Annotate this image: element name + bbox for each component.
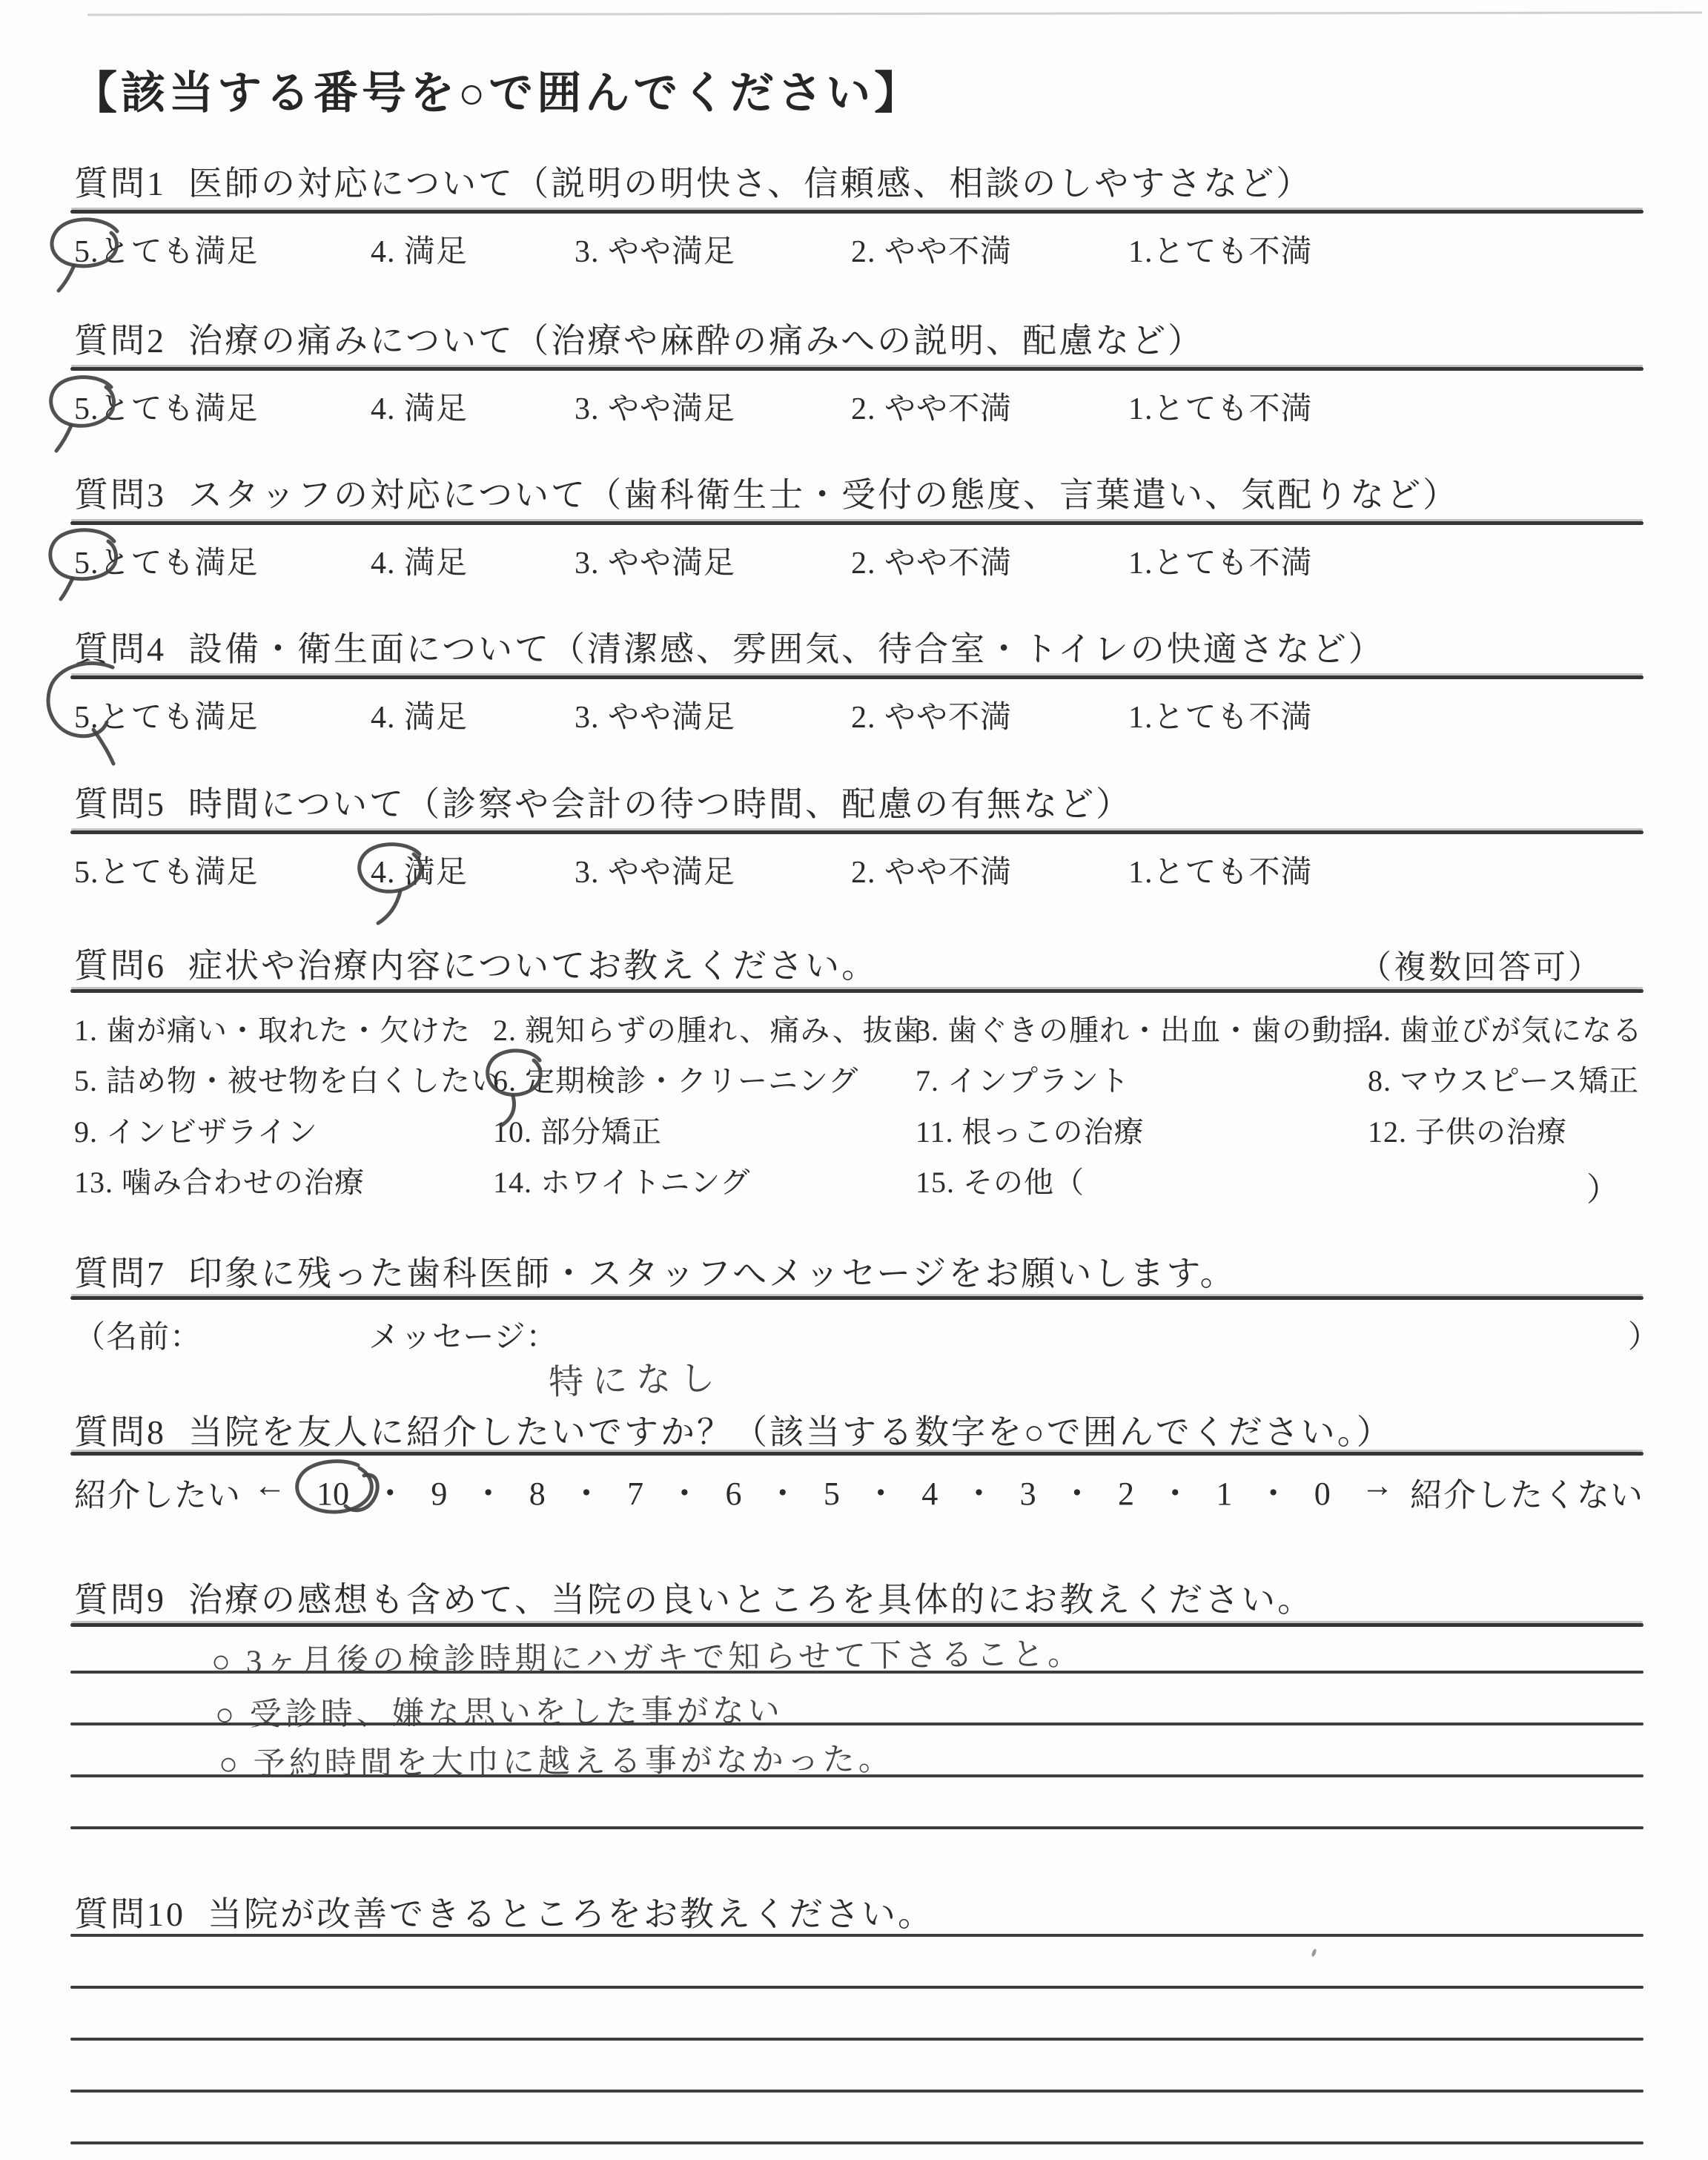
q8-number-8: 8 [529,1475,546,1513]
q4-option-2: 2. やや不満 [851,693,1012,737]
question-10-header: 質問10当院が改善できるところをお教えください。 [74,1887,934,1936]
q2-option-2: 2. やや不満 [851,384,1012,429]
q2-option-4: 4. 満足 [371,384,468,429]
question-1-text: 医師の対応について（説明の明快さ、信頼感、相談のしやすさなど） [188,165,1312,202]
q8-dot-icon: ・ [767,1467,799,1514]
q3-option-2: 2. やや不満 [851,538,1012,583]
question-5-underline [70,830,1644,834]
question-8-text: 当院を友人に紹介したいですか？（該当する数字を○で囲んでください。） [188,1413,1393,1451]
question-7-label: 質問7 [74,1255,166,1292]
q5-option-2: 2. やや不満 [851,848,1012,892]
q10-answer-line-5 [70,2141,1644,2144]
question-1-underline [70,210,1644,214]
q8-dot-icon: ・ [374,1467,406,1514]
q1-option-4: 4. 満足 [371,227,468,271]
q8-number-6: 6 [726,1475,742,1513]
q8-right-arrow-icon: → [1361,1467,1394,1505]
question-7-text: 印象に残った歯科医師・スタッフへメッセージをお願いします。 [188,1255,1237,1292]
q8-number-9: 9 [431,1475,447,1513]
q2-option-3: 3. やや満足 [575,384,735,429]
question-1-header: 質問1医師の対応について（説明の明快さ、信頼感、相談のしやすさなど） [74,156,1312,205]
q2-option-1: 1.とても不満 [1128,384,1313,429]
q5-option-4: 4. 満足 [371,848,468,892]
q8-number-1: 1 [1216,1475,1232,1513]
q8-number-3: 3 [1020,1475,1036,1513]
q2-circle-tail [56,426,71,451]
q6-multi-answer-note: （複数回答可） [1359,940,1603,988]
q5-option-3: 3. やや満足 [575,848,735,892]
question-10-label: 質問10 [74,1895,185,1933]
q8-dot-icon: ・ [472,1467,505,1514]
q10-answer-line-3 [70,2038,1644,2041]
q5-option-1: 1.とても不満 [1128,848,1313,892]
q8-dot-icon: ・ [1159,1467,1191,1514]
question-6-underline [70,989,1644,993]
q8-number-10: 10 [317,1475,349,1513]
q3-option-5: 5.とても満足 [74,538,259,583]
q3-option-4: 4. 満足 [371,538,468,583]
q9-answer-line-4 [70,1826,1644,1829]
question-3-header: 質問3スタッフの対応について（歯科衛生士・受付の態度、言葉遣い、気配りなど） [74,468,1459,517]
question-2-underline [70,367,1644,371]
q8-dot-icon: ・ [668,1467,701,1514]
q8-left-label: 紹介したい [74,1468,241,1516]
question-6-label: 質問6 [74,947,166,985]
question-3-label: 質問3 [74,476,166,514]
q6-option-14: 14. ホワイトニング [493,1159,750,1201]
q8-dot-icon: ・ [1061,1467,1093,1514]
question-2-header: 質問2治療の痛みについて（治療や麻酔の痛みへの説明、配慮など） [74,314,1204,363]
q1-circle-tail [59,265,74,291]
q1-option-3: 3. やや満足 [575,227,735,271]
q6-option-9: 9. インビザライン [74,1109,318,1151]
q3-circle-tail [61,578,73,599]
question-4-underline [70,676,1644,679]
q8-right-label: 紹介したくない [1410,1468,1644,1516]
question-7-header: 質問7印象に残った歯科医師・スタッフへメッセージをお願いします。 [74,1246,1237,1295]
survey-scan-page: 【該当する番号を○で囲んでください】 質問1医師の対応について（説明の明快さ、信… [0,0,1708,2160]
question-9-underline [70,1623,1644,1627]
q9-handwritten-line-1: ○ 3ヶ月後の検診時期にハガキで知らせて下さること。 [211,1629,1083,1682]
q8-number-scale: 10 ・ 9 ・ 8 ・ 7 ・ 6 ・ 5 ・ 4 ・ 3 ・ 2 ・ 1 ・… [317,1467,1331,1514]
scan-artifact-line [87,11,1702,16]
q2-option-5: 5.とても満足 [74,384,259,429]
q10-answer-line-4 [70,2090,1644,2093]
question-3-underline [70,521,1644,525]
q9-handwritten-line-2: ○ 受診時、嫌な思いをした事がない [215,1685,784,1734]
q7-handwritten-message: 特になし [548,1350,724,1404]
question-6-text: 症状や治療内容についてお教えください。 [188,947,878,985]
question-8-underline [70,1452,1644,1456]
question-4-label: 質問4 [74,630,166,668]
q6-option-10: 10. 部分矯正 [493,1109,662,1151]
q6-option-8: 8. マウスピース矯正 [1368,1057,1639,1100]
question-7-underline [70,1296,1644,1300]
q6-option-2: 2. 親知らずの腫れ、痛み、抜歯 [493,1007,924,1049]
q3-option-1: 1.とても不満 [1128,538,1313,583]
q7-name-label: （名前： [74,1312,202,1357]
q8-dot-icon: ・ [570,1467,603,1514]
q1-option-5: 5.とても満足 [74,227,259,271]
question-9-text: 治療の感想も含めて、当院の良いところを具体的にお教えください。 [188,1581,1314,1619]
q6-option-5: 5. 詰め物・被せ物を白くしたい [74,1057,501,1100]
q4-option-3: 3. やや満足 [575,693,735,737]
question-9-header: 質問9治療の感想も含めて、当院の良いところを具体的にお教えください。 [74,1573,1314,1622]
q9-answer-line-2 [70,1723,1644,1725]
q8-number-2: 2 [1118,1475,1134,1513]
q6-option-7: 7. インプラント [916,1057,1130,1100]
q6-option-12: 12. 子供の治療 [1368,1109,1567,1151]
page-title: 【該当する番号を○で囲んでください】 [73,58,922,122]
question-1-label: 質問1 [74,165,166,202]
q6-option-6: 6. 定期検診・クリーニング [493,1057,858,1100]
q6-option-11: 11. 根っこの治療 [916,1109,1145,1151]
question-4-text: 設備・衛生面について（清潔感、雰囲気、待合室・トイレの快適さなど） [188,630,1385,668]
q6-option-3: 3. 歯ぐきの腫れ・出血・歯の動揺 [916,1007,1373,1049]
q4-option-4: 4. 満足 [371,693,468,737]
q9-answer-line-1 [70,1671,1644,1674]
q1-option-1: 1.とても不満 [1128,227,1313,271]
question-2-text: 治療の痛みについて（治療や麻酔の痛みへの説明、配慮など） [188,322,1204,360]
q8-number-0: 0 [1314,1475,1331,1513]
q6-option-4: 4. 歯並びが気になる [1368,1007,1643,1049]
question-2-label: 質問2 [74,322,166,360]
scan-speck [1311,1948,1317,1957]
q4-option-1: 1.とても不満 [1128,693,1313,737]
q8-dot-icon: ・ [962,1467,995,1514]
question-8-header: 質問8当院を友人に紹介したいですか？（該当する数字を○で囲んでください。） [74,1405,1393,1454]
question-10-text: 当院が改善できるところをお教えください。 [208,1895,934,1933]
q5-option-5: 5.とても満足 [74,848,259,892]
q6-option-13: 13. 噛み合わせの治療 [74,1159,365,1201]
q5-circle-tail [378,891,400,923]
q10-answer-line-2 [70,1986,1644,1989]
q6-option-1: 1. 歯が痛い・取れた・欠けた [74,1007,471,1049]
question-5-label: 質問5 [74,785,166,823]
q7-close-paren: ） [1628,1312,1660,1357]
q7-message-label: メッセージ： [368,1312,557,1357]
q6-option-15: 15. その他（ [916,1159,1085,1201]
q6-other-close-paren: ） [1586,1163,1619,1210]
question-3-text: スタッフの対応について（歯科衛生士・受付の態度、言葉遣い、気配りなど） [188,476,1459,514]
question-5-header: 質問5時間について（診察や会計の待つ時間、配慮の有無など） [74,777,1132,826]
q4-option-5: 5.とても満足 [74,693,259,737]
question-8-label: 質問8 [74,1413,166,1451]
question-9-label: 質問9 [74,1581,166,1619]
q8-left-arrow-icon: ← [254,1467,287,1505]
q9-answer-line-3 [70,1774,1644,1777]
q3-option-3: 3. やや満足 [575,538,735,583]
q8-number-7: 7 [627,1475,643,1513]
q1-option-2: 2. やや不満 [851,227,1012,271]
q8-dot-icon: ・ [864,1467,897,1514]
q8-dot-icon: ・ [1257,1467,1290,1514]
q8-number-4: 4 [921,1475,938,1513]
question-4-header: 質問4設備・衛生面について（清潔感、雰囲気、待合室・トイレの快適さなど） [74,622,1385,671]
question-5-text: 時間について（診察や会計の待つ時間、配慮の有無など） [188,785,1132,823]
question-6-header: 質問6症状や治療内容についてお教えください。 [74,939,878,988]
q8-number-5: 5 [824,1475,840,1513]
q10-answer-line-1 [70,1934,1644,1937]
